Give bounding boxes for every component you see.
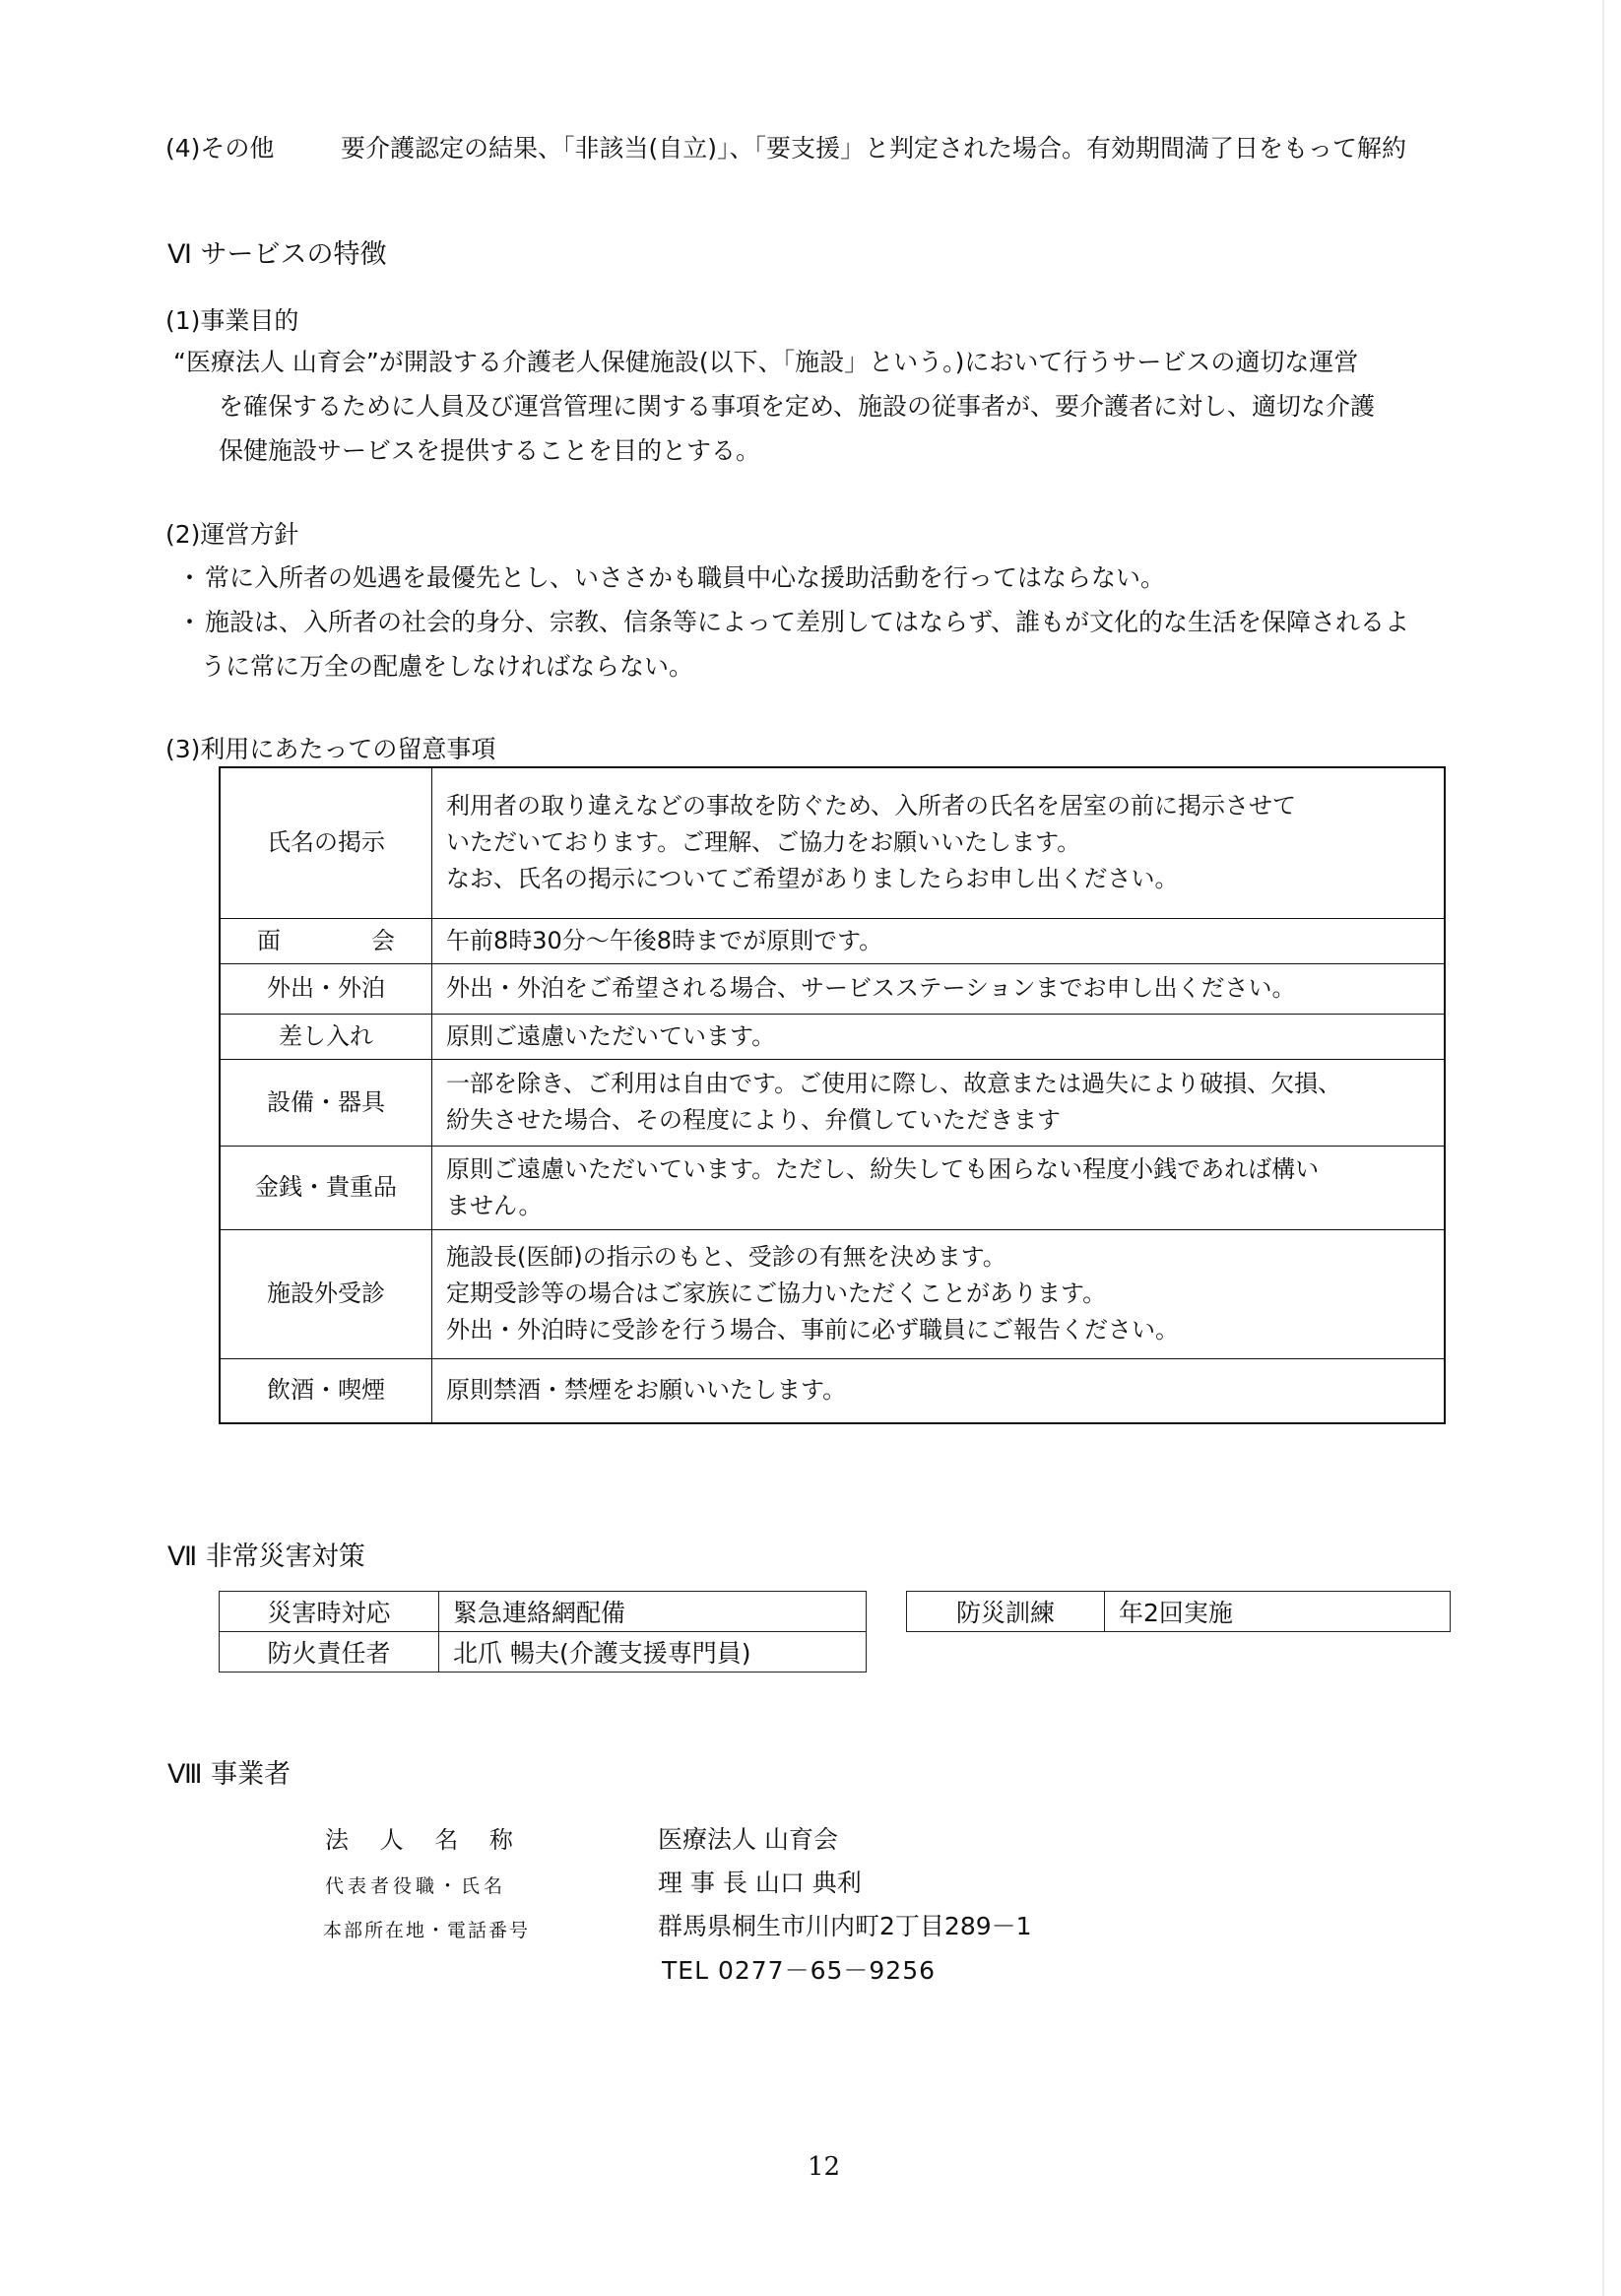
table-row: 外出・外泊 外出・外泊をご希望される場合、サービスステーションまでお申し出くださ… xyxy=(220,963,1445,1014)
row-value: 原則ご遠慮いただいています。ただし、紛失しても困らない程度小銭であれば構い ませ… xyxy=(432,1146,1446,1229)
scan-edge xyxy=(1602,0,1604,2296)
table-row: 飲酒・喫煙 原則禁酒・禁煙をお願いいたします。 xyxy=(220,1358,1445,1423)
row-line: いただいております。ご理解、ご協力をお願いいたします。 xyxy=(446,824,1444,861)
row-label: 差し入れ xyxy=(220,1014,432,1059)
row-value: 緊急連絡網配備 xyxy=(439,1592,867,1632)
phone-number: TEL 0277－65－9256 xyxy=(662,1956,936,1986)
row-line: 定期受診等の場合はご家族にご協力いただくことがあります。 xyxy=(446,1276,1444,1312)
row-line: 施設長(医師)の指示のもと、受診の有無を決めます。 xyxy=(446,1239,1444,1276)
row-value: 年2回実施 xyxy=(1105,1592,1451,1632)
policy-item-2-continued: うに常に万全の配慮をしなければならない。 xyxy=(201,652,693,682)
row-label: 防火責任者 xyxy=(220,1632,439,1673)
table-row: 防災訓練 年2回実施 xyxy=(907,1592,1451,1632)
row-label: 氏名の掲示 xyxy=(220,767,432,918)
corporation-name-label: 法 人 名 称 xyxy=(325,1825,525,1855)
table-row: 施設外受診 施設長(医師)の指示のもと、受診の有無を決めます。 定期受診等の場合… xyxy=(220,1229,1445,1358)
usage-notes-table: 氏名の掲示 利用者の取り違えなどの事故を防ぐため、入所者の氏名を居室の前に掲示さ… xyxy=(219,766,1446,1424)
row-line: 午前8時30分～午後8時までが原則です。 xyxy=(446,923,1444,959)
row-line: 原則ご遠慮いただいています。ただし、紛失しても困らない程度小銭であれば構い xyxy=(446,1151,1444,1188)
table-row: 面 会 午前8時30分～午後8時までが原則です。 xyxy=(220,918,1445,963)
table-row: 氏名の掲示 利用者の取り違えなどの事故を防ぐため、入所者の氏名を居室の前に掲示さ… xyxy=(220,767,1445,918)
disaster-response-table: 災害時対応 緊急連絡網配備 防火責任者 北爪 暢夫(介護支援専門員) xyxy=(219,1591,867,1673)
table-row: 防火責任者 北爪 暢夫(介護支援専門員) xyxy=(220,1632,867,1673)
row-label: 金銭・貴重品 xyxy=(220,1146,432,1229)
disaster-drill-table: 防災訓練 年2回実施 xyxy=(906,1591,1451,1632)
row-label: 防災訓練 xyxy=(907,1592,1105,1632)
section4-text: 要介護認定の結果、「非該当(自立)」、「要支援」と判定された場合。有効期間満了日… xyxy=(341,134,1406,164)
page-number: 12 xyxy=(808,2152,840,2182)
purpose-line-2: を確保するために人員及び運営管理に関する事項を定め、施設の従事者が、要介護者に対… xyxy=(219,392,1375,422)
row-line: 外出・外泊をご希望される場合、サービスステーションまでお申し出ください。 xyxy=(446,970,1444,1007)
headquarters-address: 群馬県桐生市川内町2丁目289－1 xyxy=(658,1912,1032,1941)
row-value: 原則ご遠慮いただいています。 xyxy=(432,1014,1446,1059)
corporation-name-value: 医療法人 山育会 xyxy=(658,1825,838,1855)
row-label: 設備・器具 xyxy=(220,1059,432,1146)
row-line: 原則ご遠慮いただいています。 xyxy=(446,1018,1444,1055)
purpose-line-1: “医療法人 山育会”が開設する介護老人保健施設(以下、「施設」という。)において… xyxy=(173,348,1358,377)
table-row: 災害時対応 緊急連絡網配備 xyxy=(220,1592,867,1632)
row-label: 施設外受診 xyxy=(220,1229,432,1358)
policy-item-1: 常に入所者の処遇を最優先とし、いささかも職員中心な援助活動を行ってはならない。 xyxy=(205,563,1165,593)
row-value: 午前8時30分～午後8時までが原則です。 xyxy=(432,918,1446,963)
section6-title: Ⅵ サービスの特徴 xyxy=(167,239,387,271)
section4-label: (4)その他 xyxy=(165,134,274,164)
table-row: 設備・器具 一部を除き、ご利用は自由です。ご使用に際し、故意または過失により破損… xyxy=(220,1059,1445,1146)
row-line: 一部を除き、ご利用は自由です。ご使用に際し、故意または過失により破損、欠損、 xyxy=(446,1066,1444,1102)
row-line: 利用者の取り違えなどの事故を防ぐため、入所者の氏名を居室の前に掲示させて xyxy=(446,788,1444,824)
row-label: 災害時対応 xyxy=(220,1592,439,1632)
row-label: 外出・外泊 xyxy=(220,963,432,1014)
representative-label: 代表者役職・氏名 xyxy=(325,1871,506,1898)
row-label-text: 面 会 xyxy=(257,923,395,959)
policy-bullet-1: ・ xyxy=(177,563,202,593)
row-value: 一部を除き、ご利用は自由です。ご使用に際し、故意または過失により破損、欠損、 紛… xyxy=(432,1059,1446,1146)
row-line: 原則禁酒・禁煙をお願いいたします。 xyxy=(446,1372,1444,1409)
row-value: 外出・外泊をご希望される場合、サービスステーションまでお申し出ください。 xyxy=(432,963,1446,1014)
policy-item-2: 施設は、入所者の社会的身分、宗教、信条等によって差別してはならず、誰もが文化的な… xyxy=(205,608,1409,637)
policy-bullet-2: ・ xyxy=(177,608,202,637)
section8-title: Ⅷ 事業者 xyxy=(167,1759,291,1791)
headquarters-label: 本部所在地・電話番号 xyxy=(323,1916,530,1942)
row-line: なお、氏名の掲示についてご希望がありましたらお申し出ください。 xyxy=(446,861,1444,897)
section7-title: Ⅶ 非常災害対策 xyxy=(167,1542,365,1573)
table-row: 金銭・貴重品 原則ご遠慮いただいています。ただし、紛失しても困らない程度小銭であ… xyxy=(220,1146,1445,1229)
row-value: 原則禁酒・禁煙をお願いいたします。 xyxy=(432,1358,1446,1423)
notes-heading: (3)利用にあたっての留意事項 xyxy=(165,735,495,764)
row-label: 飲酒・喫煙 xyxy=(220,1358,432,1423)
row-label: 面 会 xyxy=(220,918,432,963)
row-line: ません。 xyxy=(446,1188,1444,1224)
row-value: 利用者の取り違えなどの事故を防ぐため、入所者の氏名を居室の前に掲示させて いただ… xyxy=(432,767,1446,918)
row-value: 北爪 暢夫(介護支援専門員) xyxy=(439,1632,867,1673)
table-row: 差し入れ 原則ご遠慮いただいています。 xyxy=(220,1014,1445,1059)
policy-heading: (2)運営方針 xyxy=(165,520,298,550)
row-line: 紛失させた場合、その程度により、弁償していただきます xyxy=(446,1102,1444,1139)
row-value: 施設長(医師)の指示のもと、受診の有無を決めます。 定期受診等の場合はご家族にご… xyxy=(432,1229,1446,1358)
row-line: 外出・外泊時に受診を行う場合、事前に必ず職員にご報告ください。 xyxy=(446,1312,1444,1348)
purpose-heading: (1)事業目的 xyxy=(165,306,298,336)
representative-value: 理 事 長 山口 典利 xyxy=(658,1869,862,1898)
purpose-line-3: 保健施設サービスを提供することを目的とする。 xyxy=(219,436,760,466)
